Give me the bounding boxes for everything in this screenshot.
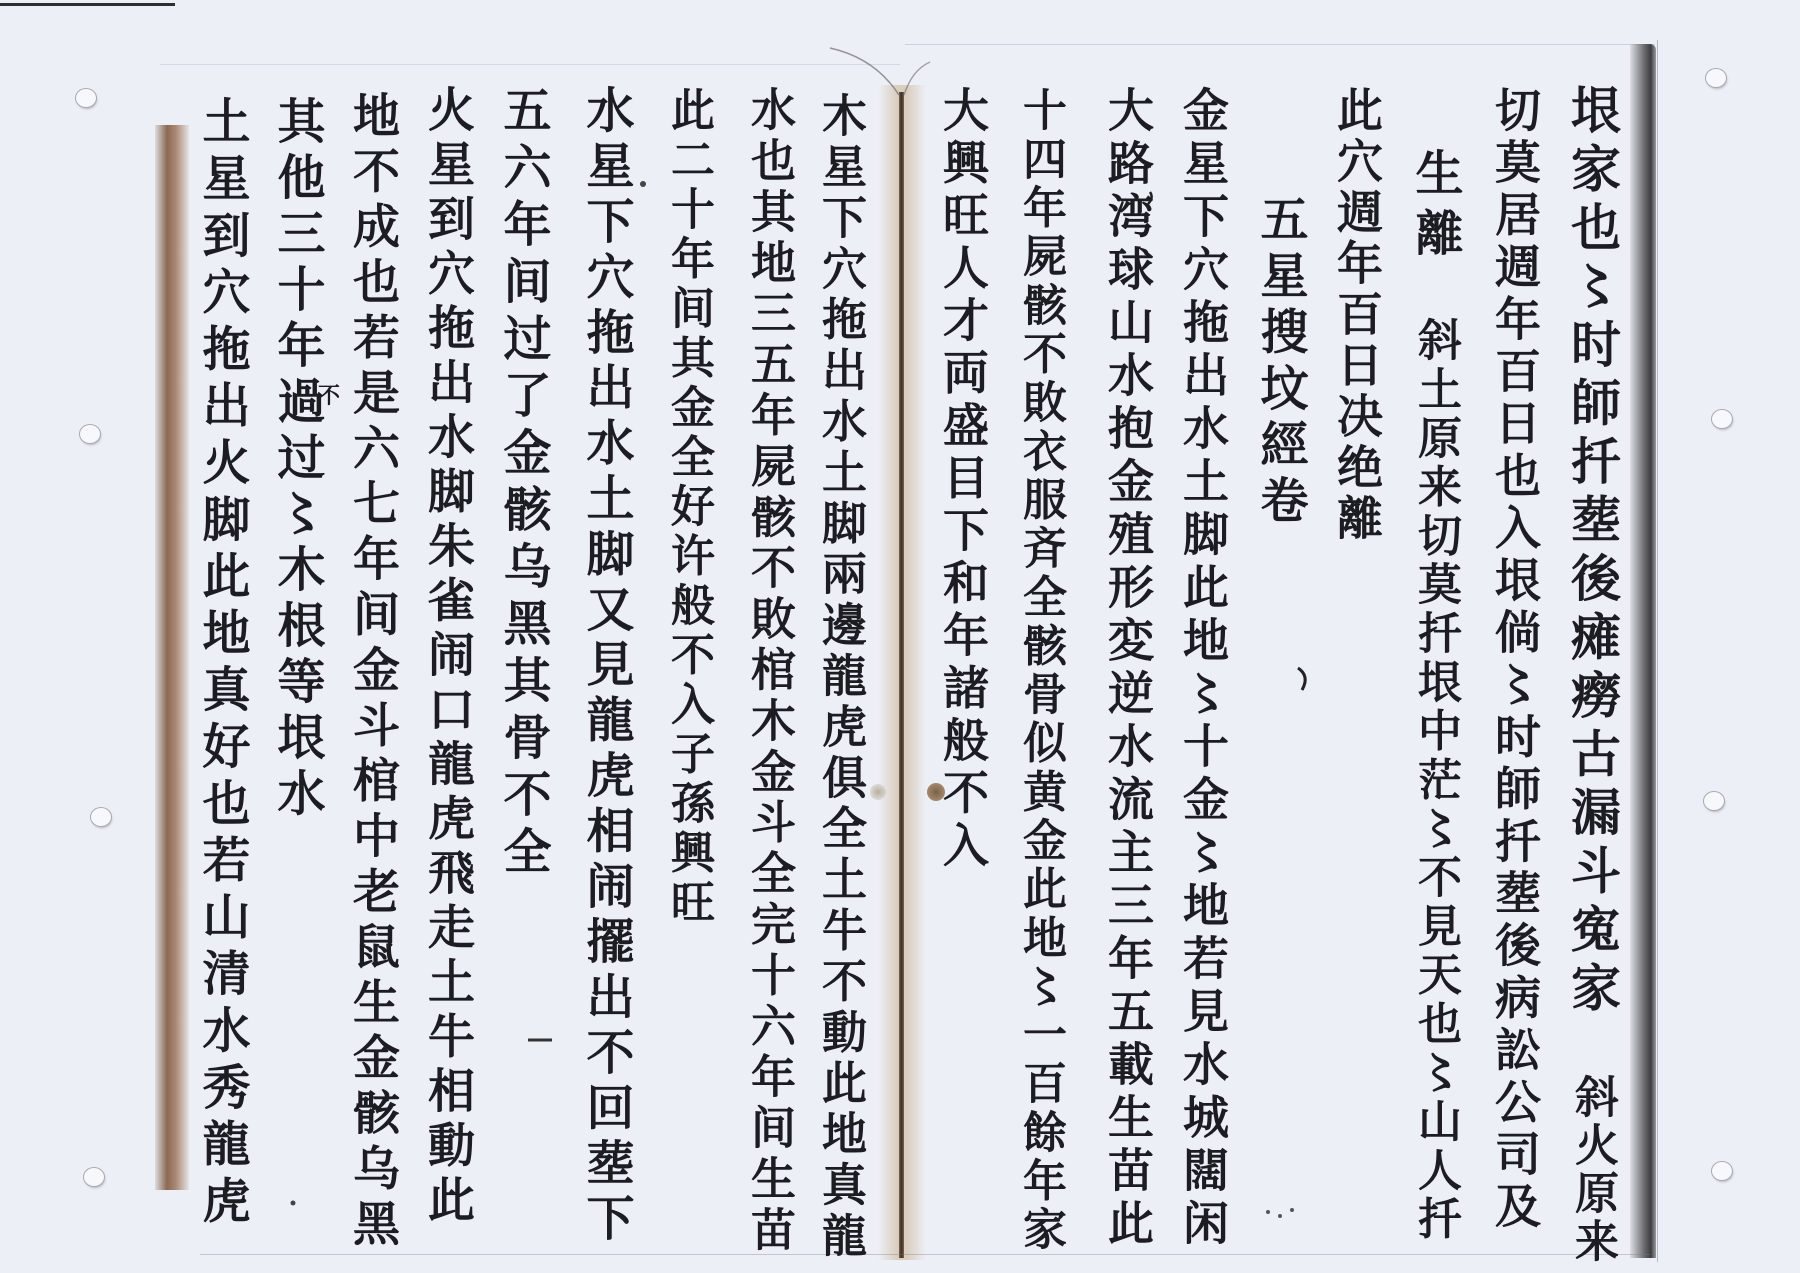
- text-column: 此二十年间其金全好许般不入子孫興旺: [666, 87, 710, 929]
- text-column: 此穴週年百日决绝離: [1334, 86, 1380, 545]
- punch-hole-icon: [80, 425, 100, 443]
- punch-hole-icon: [1712, 1162, 1732, 1180]
- punch-hole-icon: [1706, 69, 1726, 87]
- text-column: 斜土原来切莫扦垠中茫〻不見天也〻山人扦: [1413, 317, 1457, 1244]
- text-column: 五六年间过了金骸乌黑其骨不全: [499, 85, 547, 883]
- text-column: 其他三十年過过〻木根等垠水: [273, 96, 321, 824]
- text-column: 水也其地三五年屍骸不敗棺木金斗全完十六年间生苗: [747, 86, 792, 1257]
- page-bottom-edge: [200, 1254, 1650, 1255]
- punch-hole-icon: [84, 1168, 104, 1186]
- punch-hole-icon: [91, 808, 111, 826]
- manuscript-scan: 垠家也〻时師扦塟後瘫癆古漏斗寃家 斜火原来 切莫居週年百日也入垠倘〻时師扦塟後病…: [0, 0, 1800, 1273]
- left-page-edge-stain: [155, 125, 189, 1190]
- text-column: 切莫居週年百日也入垠倘〻时師扦塟後病訟公司及: [1492, 86, 1538, 1234]
- text-column: 金星下穴拖出水土脚此地〻十金〻地若見水城闊闲: [1180, 86, 1226, 1252]
- text-column: 大路湾球山水抱金殖形変逆水流主三年五載生苗此: [1105, 86, 1151, 1252]
- scan-edge-line: [0, 3, 175, 6]
- text-column: 斜火原来: [1570, 1074, 1614, 1266]
- text-column: 木星下穴拖出水土脚兩邊龍虎俱全土牛不動此地真龍: [818, 92, 863, 1263]
- text-column: 大興旺人才両盛目下和年諸般不入: [940, 86, 986, 874]
- text-column: 火星到穴拖出水脚朱雀闹口龍虎飛走土牛相動此: [424, 85, 471, 1230]
- punch-hole-icon: [1704, 792, 1724, 810]
- text-column: 土星到穴拖出火脚此地真好也若山清水秀龍虎: [198, 96, 246, 1232]
- section-heading: 五星搜坟經卷: [1256, 194, 1304, 531]
- text-column: 垠家也〻时師扦塟後瘫癆古漏斗寃家: [1567, 84, 1617, 1020]
- right-page-edge-shadow: [1630, 44, 1656, 1258]
- paper-spot: [870, 784, 886, 800]
- interlinear-correction: 不: [318, 385, 340, 407]
- text-column: 水星下穴拖出水土脚又見龍虎相闹擺出不回塟下: [582, 85, 630, 1248]
- book-spine: [899, 92, 904, 1258]
- text-column: 地不成也若是六七年间金斗棺中老鼠生金骸乌黑: [349, 91, 396, 1254]
- text-column: 生離: [1411, 148, 1459, 268]
- text-column: 十四年屍骸不敗衣服斉全骸骨似黄金此地〻一百餘年家: [1018, 87, 1062, 1255]
- punch-hole-icon: [76, 89, 96, 107]
- punch-hole-icon: [1712, 410, 1732, 428]
- right-page-border: [1657, 40, 1658, 1262]
